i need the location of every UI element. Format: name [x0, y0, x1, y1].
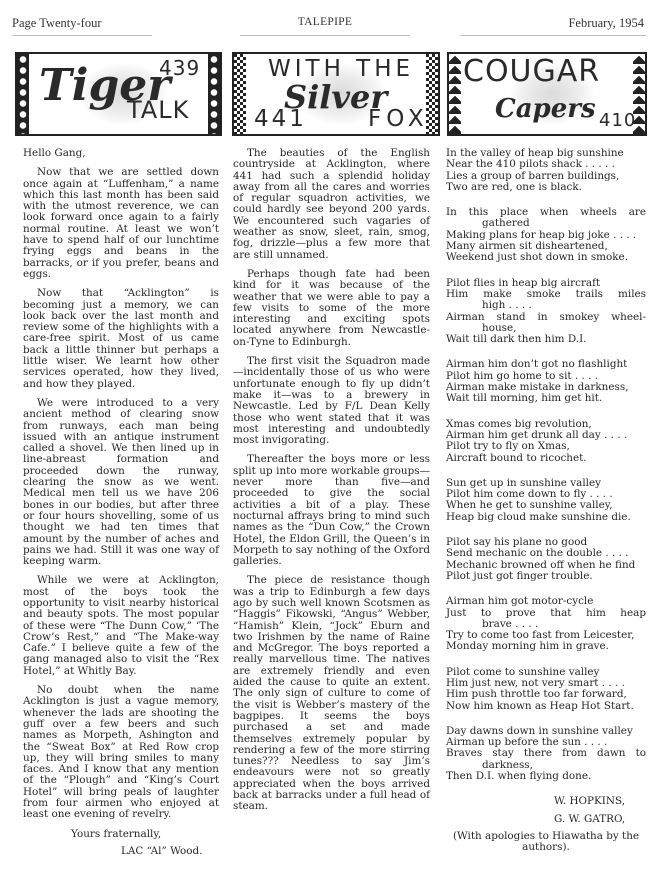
poem-stanza: In the valley of heap big sunshineNear t… [446, 148, 646, 193]
paragraph: Perhaps though fate had been kind for it… [233, 269, 430, 348]
squadron-number: 410 [599, 110, 636, 131]
running-head: Page Twenty-four TALEPIPE February, 1954 [0, 16, 650, 36]
paragraph: The piece de resistance though was a tri… [233, 575, 430, 812]
poem-line: Now him known as Heap Hot Start. [446, 701, 646, 712]
poem-line: Just to prove that him heap [446, 608, 646, 619]
poem-line: Him make smoke trails miles [446, 289, 646, 300]
diamond-border-icon [17, 54, 29, 134]
issue-date: February, 1954 [568, 16, 644, 31]
sign-off: Yours fraternally, LAC “Al” Wood. [23, 829, 219, 858]
zigzag-border-icon [449, 54, 461, 134]
paragraph: No doubt when the name Acklington is jus… [23, 685, 219, 821]
silver-fox-column: The beauties of the English countryside … [233, 148, 430, 821]
poem-stanza: Pilot say his plane no goodSend mechanic… [446, 537, 646, 582]
squadron-number: 441 [254, 106, 307, 132]
poem-line: Airman him got motor-cycle [446, 596, 646, 607]
poem-line: Wait till morning, him get hit. [446, 393, 646, 404]
poem-line: Two are red, one is black. [446, 182, 646, 193]
poem-line: Aircraft bound to ricochet. [446, 453, 646, 464]
paragraph: The beauties of the English countryside … [233, 148, 430, 261]
tiger-talk-banner: Tiger 439 TALK [15, 52, 222, 136]
publication-title: TALEPIPE [0, 16, 650, 28]
silver-fox-banner: WITH THE Silver 441 FOX [232, 52, 440, 136]
tiger-talk-column: Hello Gang, Now that we are settled down… [23, 148, 219, 857]
poem-stanza: Pilot flies in heap big aircraftHim make… [446, 278, 646, 346]
poem-stanzas: In the valley of heap big sunshineNear t… [446, 148, 646, 782]
paragraph: While we were at Acklington, most of the… [23, 575, 219, 677]
banner-block-title: COUGAR [463, 54, 600, 89]
poem-stanza: Xmas comes big revolution,Airman him get… [446, 419, 646, 464]
poem-line: In this place when wheels are [446, 207, 646, 218]
header-rule [460, 35, 646, 36]
poem-stanza: Sun get up in sunshine valleyPilot him c… [446, 478, 646, 523]
poem-authors: W. HOPKINS, G. W. GATRO, [446, 796, 646, 825]
banner-bottom-text: FOX [368, 106, 429, 132]
poem-line: Then D.I. when flying done. [446, 771, 646, 782]
paragraph: Now that we are settled down once again … [23, 167, 219, 280]
cougar-capers-poem: In the valley of heap big sunshineNear t… [446, 148, 646, 854]
poem-line: Him push throttle too far forward, [446, 689, 646, 700]
header-rule [240, 35, 410, 36]
paragraph: Now that “Acklington” is becoming just a… [23, 288, 219, 390]
squadron-number: 439 [159, 56, 200, 80]
poem-line: Send mechanic on the double . . . . [446, 548, 646, 559]
poem-line: Wait till dark then him D.I. [446, 334, 646, 345]
greeting: Hello Gang, [23, 148, 219, 159]
banner-script-title: Capers [495, 94, 596, 124]
paragraph: The first visit the Squadron made—incide… [233, 356, 430, 446]
header-rule [12, 35, 152, 36]
checker-border-icon [234, 54, 246, 134]
poem-line: Pilot try to fly on Xmas, [446, 441, 646, 452]
poem-stanza: Airman him got motor-cycleJust to prove … [446, 596, 646, 652]
poem-line: Weekend just shot down in smoke. [446, 252, 646, 263]
paragraph: Thereafter the boys more or less split u… [233, 454, 430, 567]
poem-stanza: Pilot come to sunshine valleyHim just ne… [446, 667, 646, 712]
poem-line: Airman stand in smokey wheel- [446, 312, 646, 323]
paragraph: We were introduced to a very ancient met… [23, 398, 219, 567]
author-signature: LAC “Al” Wood. [23, 846, 219, 857]
poem-line: Pilot just got finger trouble. [446, 571, 646, 582]
author-name: W. HOPKINS, [554, 796, 646, 807]
closing-salutation: Yours fraternally, [23, 829, 219, 840]
poem-line: Heap big cloud make sunshine die. [446, 512, 646, 523]
poem-line-continuation: high . . . . [446, 300, 646, 311]
poem-stanza: Airman him don’t got no flashlightPilot … [446, 359, 646, 404]
poem-line: Monday morning him in grave. [446, 641, 646, 652]
poem-stanza: Day dawns down in sunshine valleyAirman … [446, 726, 646, 782]
banner-block-title: TALK [127, 96, 189, 124]
poem-line: Near the 410 pilots shack . . . . . [446, 159, 646, 170]
author-name: G. W. GATRO, [554, 814, 646, 825]
poem-stanza: In this place when wheels aregatheredMak… [446, 207, 646, 263]
cougar-capers-banner: COUGAR Capers 410 [447, 52, 647, 136]
apology-note: (With apologies to Hiawatha by the autho… [446, 831, 646, 854]
diamond-border-icon [208, 54, 220, 134]
poem-line: Braves stay there from dawn to [446, 748, 646, 759]
